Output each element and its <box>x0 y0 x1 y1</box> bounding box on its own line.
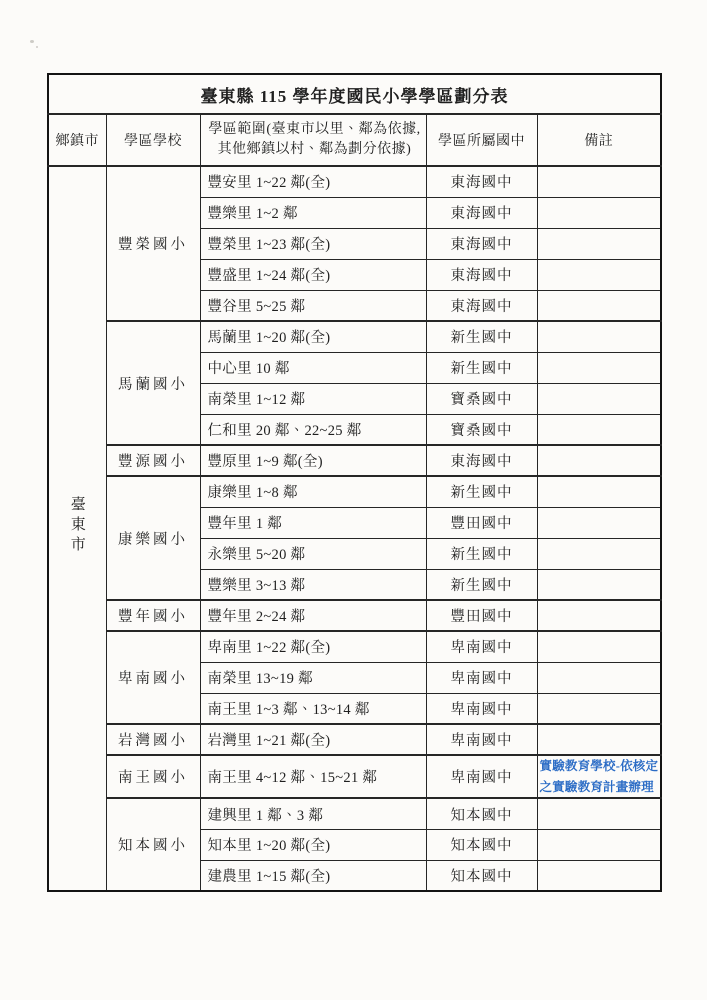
district-range-cell: 南榮里 1~12 鄰 <box>200 383 426 414</box>
junior-high-cell: 知本國中 <box>426 798 537 829</box>
junior-high-cell: 東海國中 <box>426 259 537 290</box>
scan-speck <box>30 40 34 43</box>
table-row: 馬蘭國小馬蘭里 1~20 鄰(全)新生國中 <box>48 321 661 352</box>
note-cell <box>537 507 661 538</box>
junior-high-cell: 新生國中 <box>426 321 537 352</box>
junior-high-cell: 新生國中 <box>426 352 537 383</box>
district-range-cell: 知本里 1~20 鄰(全) <box>200 829 426 860</box>
district-range-cell: 豐年里 1 鄰 <box>200 507 426 538</box>
township-label: 臺東市 <box>67 496 88 556</box>
note-cell <box>537 197 661 228</box>
note-cell <box>537 724 661 755</box>
school-name-cell: 南王國小 <box>106 755 200 798</box>
junior-high-cell: 新生國中 <box>426 538 537 569</box>
district-range-cell: 岩灣里 1~21 鄰(全) <box>200 724 426 755</box>
district-range-cell: 豐樂里 1~2 鄰 <box>200 197 426 228</box>
note-cell <box>537 352 661 383</box>
note-cell <box>537 693 661 724</box>
scanned-page: 臺東縣 115 學年度國民小學學區劃分表 鄉鎮市 學區學校 學區範圍(臺東市以里… <box>0 0 707 1000</box>
district-range-cell: 豐年里 2~24 鄰 <box>200 600 426 631</box>
junior-high-cell: 東海國中 <box>426 445 537 476</box>
junior-high-cell: 東海國中 <box>426 290 537 321</box>
junior-high-cell: 東海國中 <box>426 197 537 228</box>
note-cell <box>537 798 661 829</box>
table-title: 臺東縣 115 學年度國民小學學區劃分表 <box>48 74 661 114</box>
junior-high-cell: 寶桑國中 <box>426 383 537 414</box>
note-cell <box>537 228 661 259</box>
junior-high-cell: 卑南國中 <box>426 693 537 724</box>
table-row: 臺東市豐榮國小豐安里 1~22 鄰(全)東海國中 <box>48 166 661 197</box>
note-cell <box>537 290 661 321</box>
school-name-cell: 知本國小 <box>106 798 200 891</box>
district-range-cell: 南王里 1~3 鄰、13~14 鄰 <box>200 693 426 724</box>
junior-high-cell: 卑南國中 <box>426 631 537 662</box>
junior-high-cell: 東海國中 <box>426 228 537 259</box>
note-cell <box>537 166 661 197</box>
district-range-cell: 豐谷里 5~25 鄰 <box>200 290 426 321</box>
note-cell <box>537 321 661 352</box>
junior-high-cell: 東海國中 <box>426 166 537 197</box>
note-cell <box>537 631 661 662</box>
column-header-township: 鄉鎮市 <box>48 114 106 166</box>
note-cell <box>537 383 661 414</box>
junior-high-cell: 豐田國中 <box>426 507 537 538</box>
district-range-cell: 中心里 10 鄰 <box>200 352 426 383</box>
column-header-school: 學區學校 <box>106 114 200 166</box>
junior-high-cell: 豐田國中 <box>426 600 537 631</box>
table-row: 康樂國小康樂里 1~8 鄰新生國中 <box>48 476 661 507</box>
school-name-cell: 豐源國小 <box>106 445 200 476</box>
note-cell <box>537 445 661 476</box>
district-range-cell: 豐原里 1~9 鄰(全) <box>200 445 426 476</box>
note-cell <box>537 414 661 445</box>
table-row: 豐源國小豐原里 1~9 鄰(全)東海國中 <box>48 445 661 476</box>
note-cell <box>537 259 661 290</box>
junior-high-cell: 新生國中 <box>426 476 537 507</box>
note-cell <box>537 538 661 569</box>
district-range-cell: 仁和里 20 鄰、22~25 鄰 <box>200 414 426 445</box>
table-row: 豐年國小豐年里 2~24 鄰豐田國中 <box>48 600 661 631</box>
column-header-junior-high: 學區所屬國中 <box>426 114 537 166</box>
district-table: 臺東縣 115 學年度國民小學學區劃分表 鄉鎮市 學區學校 學區範圍(臺東市以里… <box>47 73 662 892</box>
note-cell <box>537 860 661 891</box>
district-table-body: 臺東市豐榮國小豐安里 1~22 鄰(全)東海國中豐樂里 1~2 鄰東海國中豐榮里… <box>48 166 661 891</box>
scan-speck <box>36 46 38 48</box>
column-header-range: 學區範圍(臺東市以里、鄰為依據, 其他鄉鎮以村、鄰為劃分依據) <box>200 114 426 166</box>
district-range-cell: 康樂里 1~8 鄰 <box>200 476 426 507</box>
junior-high-cell: 知本國中 <box>426 860 537 891</box>
note-cell <box>537 476 661 507</box>
junior-high-cell: 知本國中 <box>426 829 537 860</box>
school-name-cell: 豐榮國小 <box>106 166 200 321</box>
township-cell: 臺東市 <box>48 166 106 891</box>
column-header-note: 備註 <box>537 114 661 166</box>
district-range-cell: 卑南里 1~22 鄰(全) <box>200 631 426 662</box>
district-range-cell: 豐安里 1~22 鄰(全) <box>200 166 426 197</box>
note-cell <box>537 600 661 631</box>
district-range-cell: 建興里 1 鄰、3 鄰 <box>200 798 426 829</box>
district-range-cell: 馬蘭里 1~20 鄰(全) <box>200 321 426 352</box>
table-row: 卑南國小卑南里 1~22 鄰(全)卑南國中 <box>48 631 661 662</box>
note-cell: 實驗教育學校-依核定 之實驗教育計畫辦理 <box>537 755 661 798</box>
table-row: 知本國小建興里 1 鄰、3 鄰知本國中 <box>48 798 661 829</box>
district-range-cell: 建農里 1~15 鄰(全) <box>200 860 426 891</box>
junior-high-cell: 卑南國中 <box>426 724 537 755</box>
note-cell <box>537 829 661 860</box>
note-cell <box>537 569 661 600</box>
junior-high-cell: 寶桑國中 <box>426 414 537 445</box>
table-title-row: 臺東縣 115 學年度國民小學學區劃分表 <box>48 74 661 114</box>
district-range-cell: 豐盛里 1~24 鄰(全) <box>200 259 426 290</box>
junior-high-cell: 卑南國中 <box>426 662 537 693</box>
school-name-cell: 岩灣國小 <box>106 724 200 755</box>
junior-high-cell: 新生國中 <box>426 569 537 600</box>
district-range-cell: 豐樂里 3~13 鄰 <box>200 569 426 600</box>
district-table-head: 臺東縣 115 學年度國民小學學區劃分表 鄉鎮市 學區學校 學區範圍(臺東市以里… <box>48 74 661 166</box>
school-name-cell: 豐年國小 <box>106 600 200 631</box>
district-range-cell: 永樂里 5~20 鄰 <box>200 538 426 569</box>
table-row: 南王國小南王里 4~12 鄰、15~21 鄰卑南國中實驗教育學校-依核定 之實驗… <box>48 755 661 798</box>
note-cell <box>537 662 661 693</box>
school-name-cell: 卑南國小 <box>106 631 200 724</box>
table-header-row: 鄉鎮市 學區學校 學區範圍(臺東市以里、鄰為依據, 其他鄉鎮以村、鄰為劃分依據)… <box>48 114 661 166</box>
junior-high-cell: 卑南國中 <box>426 755 537 798</box>
district-range-cell: 南王里 4~12 鄰、15~21 鄰 <box>200 755 426 798</box>
district-range-cell: 豐榮里 1~23 鄰(全) <box>200 228 426 259</box>
school-name-cell: 馬蘭國小 <box>106 321 200 445</box>
note-text: 實驗教育學校-依核定 之實驗教育計畫辦理 <box>538 756 661 797</box>
school-name-cell: 康樂國小 <box>106 476 200 600</box>
district-range-cell: 南榮里 13~19 鄰 <box>200 662 426 693</box>
table-row: 岩灣國小岩灣里 1~21 鄰(全)卑南國中 <box>48 724 661 755</box>
